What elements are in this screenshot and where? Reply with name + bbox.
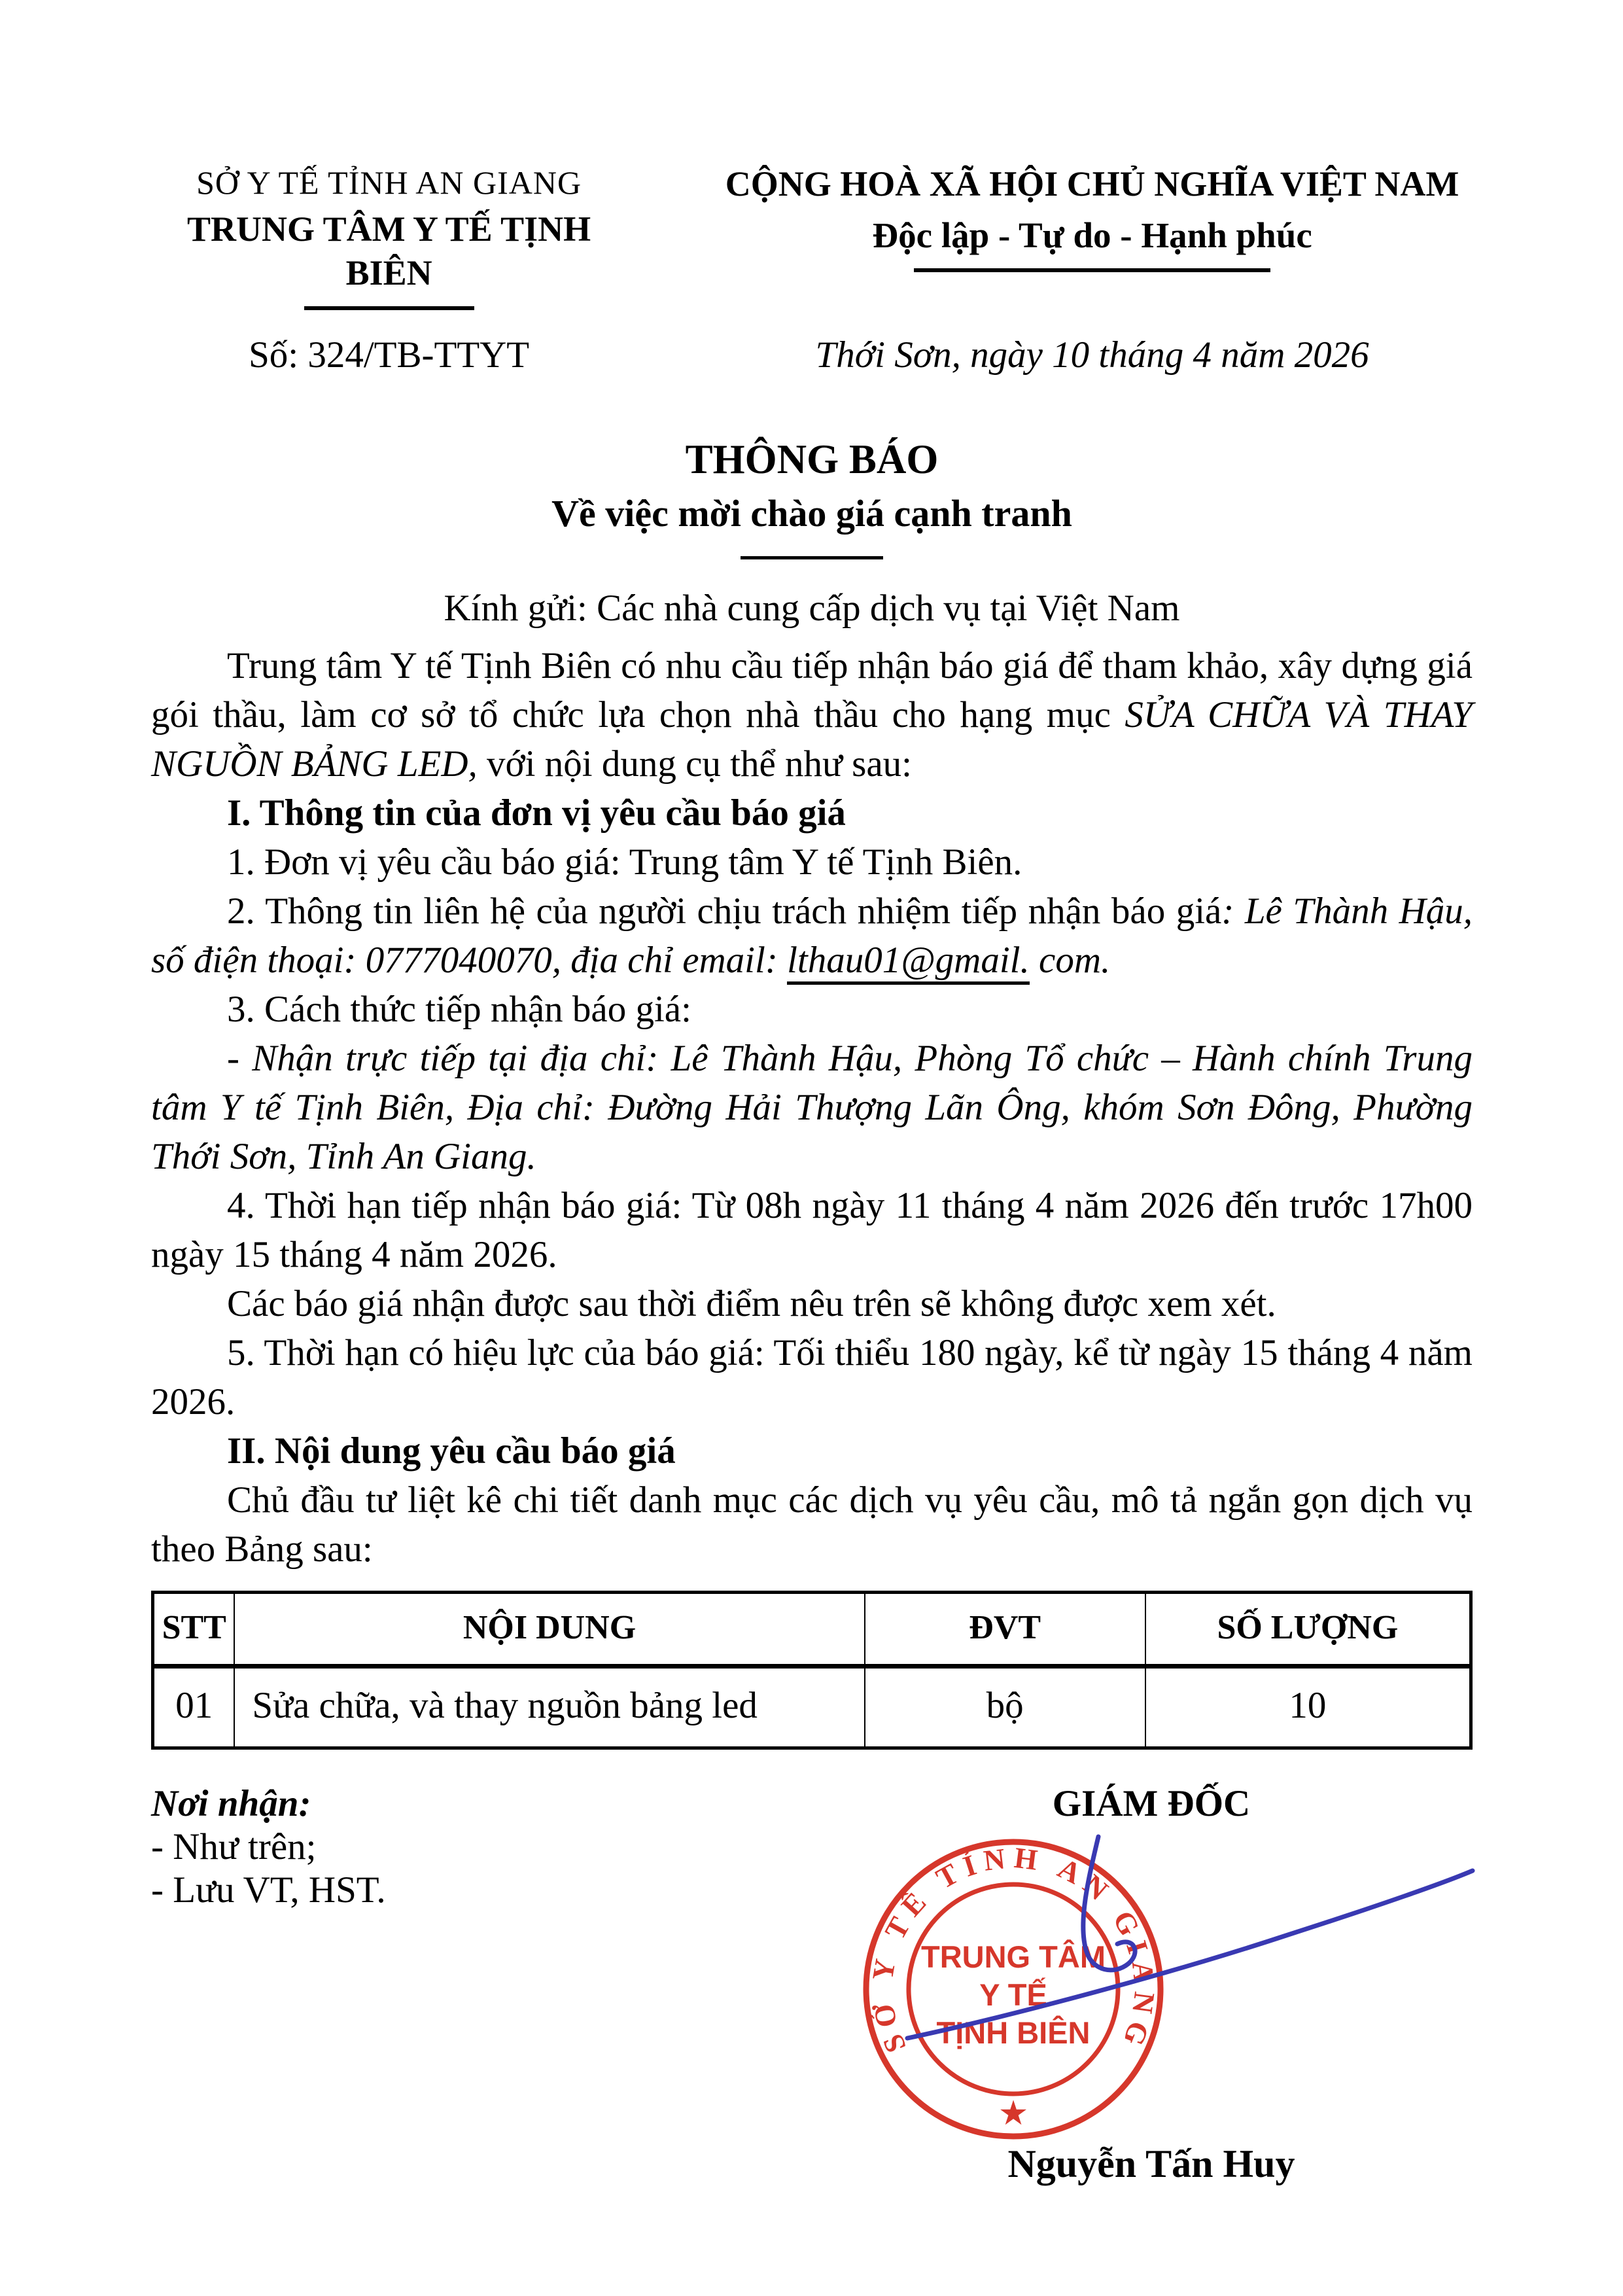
section-1-item-2: 2. Thông tin liên hệ của người chịu trác…: [151, 887, 1473, 985]
org-underline-rule: [304, 306, 474, 310]
table-row: 01 Sửa chữa, và thay nguồn bảng led bộ 1…: [153, 1666, 1471, 1748]
col-header-noidung: NỘI DUNG: [234, 1592, 864, 1666]
section-1-item-4: 4. Thời hạn tiếp nhận báo giá: Từ 08h ng…: [151, 1181, 1473, 1279]
col-header-soluong: SỐ LƯỢNG: [1145, 1592, 1471, 1666]
stamp-signature-svg: SỞ Y TẾ TỈNH AN GIANG TRUNG TÂM Y TẾ TỊN…: [791, 1829, 1609, 2156]
national-motto-line2: Độc lập - Tự do - Hạnh phúc: [712, 213, 1473, 258]
section-1-item-1: 1. Đơn vị yêu cầu báo giá: Trung tâm Y t…: [151, 838, 1473, 887]
intro-paragraph: Trung tâm Y tế Tịnh Biên có nhu cầu tiếp…: [151, 641, 1473, 788]
salutation: Kính gửi: Các nhà cung cấp dịch vụ tại V…: [151, 587, 1473, 629]
section-1-item-5: 5. Thời hạn có hiệu lực của báo giá: Tối…: [151, 1328, 1473, 1426]
document-header: SỞ Y TẾ TỈNH AN GIANG TRUNG TÂM Y TẾ TỊN…: [151, 162, 1473, 310]
quote-items-table: STT NỘI DUNG ĐVT SỐ LƯỢNG 01 Sửa chữa, v…: [151, 1591, 1473, 1750]
section-1-item-3: 3. Cách thức tiếp nhận báo giá:: [151, 985, 1473, 1034]
doc-subtitle: Về việc mời chào giá cạnh tranh: [151, 490, 1473, 538]
recipients-block: Nơi nhận: - Như trên; - Lưu VT, HST.: [151, 1782, 680, 2187]
national-motto-line1: CỘNG HOÀ XÃ HỘI CHỦ NGHĨA VIỆT NAM: [712, 162, 1473, 207]
document-footer: Nơi nhận: - Như trên; - Lưu VT, HST. GIÁ…: [151, 1782, 1473, 2187]
section-1-heading: I. Thông tin của đơn vị yêu cầu báo giá: [151, 788, 1473, 838]
section-2-heading: II. Nội dung yêu cầu báo giá: [151, 1426, 1473, 1475]
national-header-block: CỘNG HOÀ XÃ HỘI CHỦ NGHĨA VIỆT NAM Độc l…: [627, 162, 1473, 310]
item2-email: lthau01@gmail.: [787, 940, 1030, 985]
section-2-intro: Chủ đầu tư liệt kê chi tiết danh mục các…: [151, 1475, 1473, 1574]
body-text: Trung tâm Y tế Tịnh Biên có nhu cầu tiếp…: [151, 641, 1473, 1574]
official-stamp: SỞ Y TẾ TỈNH AN GIANG TRUNG TÂM Y TẾ TỊN…: [865, 1841, 1161, 2136]
section-1-note: Các báo giá nhận được sau thời điểm nêu …: [151, 1279, 1473, 1328]
org-name: TRUNG TÂM Y TẾ TỊNH BIÊN: [151, 207, 627, 296]
cell-soluong: 10: [1145, 1666, 1471, 1748]
doc-number: Số: 324/TB-TTYT: [151, 334, 627, 376]
stamp-center-text-line1: TRUNG TÂM: [921, 1939, 1106, 1974]
cell-stt: 01: [153, 1666, 235, 1748]
document-page: SỞ Y TẾ TỈNH AN GIANG TRUNG TÂM Y TẾ TỊN…: [0, 0, 1623, 2296]
col-header-dvt: ĐVT: [865, 1592, 1145, 1666]
stamp-star-icon: ★: [998, 2094, 1029, 2133]
section-1-item-3-detail: - Nhận trực tiếp tại địa chỉ: Lê Thành H…: [151, 1034, 1473, 1181]
stamp-center-text-line3: TỊNH BIÊN: [937, 2015, 1091, 2050]
signature-block: GIÁM ĐỐC SỞ Y TẾ TỈNH AN GIANG: [680, 1782, 1473, 2187]
place-date-line: Thới Sơn, ngày 10 tháng 4 năm 2026: [627, 334, 1473, 376]
parent-org-name: SỞ Y TẾ TỈNH AN GIANG: [151, 162, 627, 203]
issuing-org-block: SỞ Y TẾ TỈNH AN GIANG TRUNG TÂM Y TẾ TỊN…: [151, 162, 627, 310]
table-header-row: STT NỘI DUNG ĐVT SỐ LƯỢNG: [153, 1592, 1471, 1666]
col-header-stt: STT: [153, 1592, 235, 1666]
recipients-label: Nơi nhận:: [151, 1782, 680, 1826]
stamp-and-signature-area: SỞ Y TẾ TỈNH AN GIANG TRUNG TÂM Y TẾ TỊN…: [680, 1825, 1473, 2139]
motto-underline-rule: [914, 268, 1270, 272]
item2-email-suffix: com.: [1030, 940, 1110, 981]
doc-title: THÔNG BÁO: [151, 434, 1473, 486]
item2-pre: 2. Thông tin liên hệ của người chịu trác…: [227, 891, 1221, 932]
recipient-item: - Như trên;: [151, 1826, 680, 1869]
intro-post: với nội dung cụ thể như sau:: [478, 743, 912, 785]
title-block: THÔNG BÁO Về việc mời chào giá cạnh tran…: [151, 434, 1473, 559]
title-underline-rule: [741, 556, 883, 559]
cell-noidung: Sửa chữa, và thay nguồn bảng led: [234, 1666, 864, 1748]
document-header-row2: Số: 324/TB-TTYT Thới Sơn, ngày 10 tháng …: [151, 334, 1473, 376]
cell-dvt: bộ: [865, 1666, 1145, 1748]
signer-title: GIÁM ĐỐC: [680, 1782, 1473, 1825]
document-content: SỞ Y TẾ TỈNH AN GIANG TRUNG TÂM Y TẾ TỊN…: [0, 0, 1623, 2187]
recipient-item: - Lưu VT, HST.: [151, 1869, 680, 1912]
